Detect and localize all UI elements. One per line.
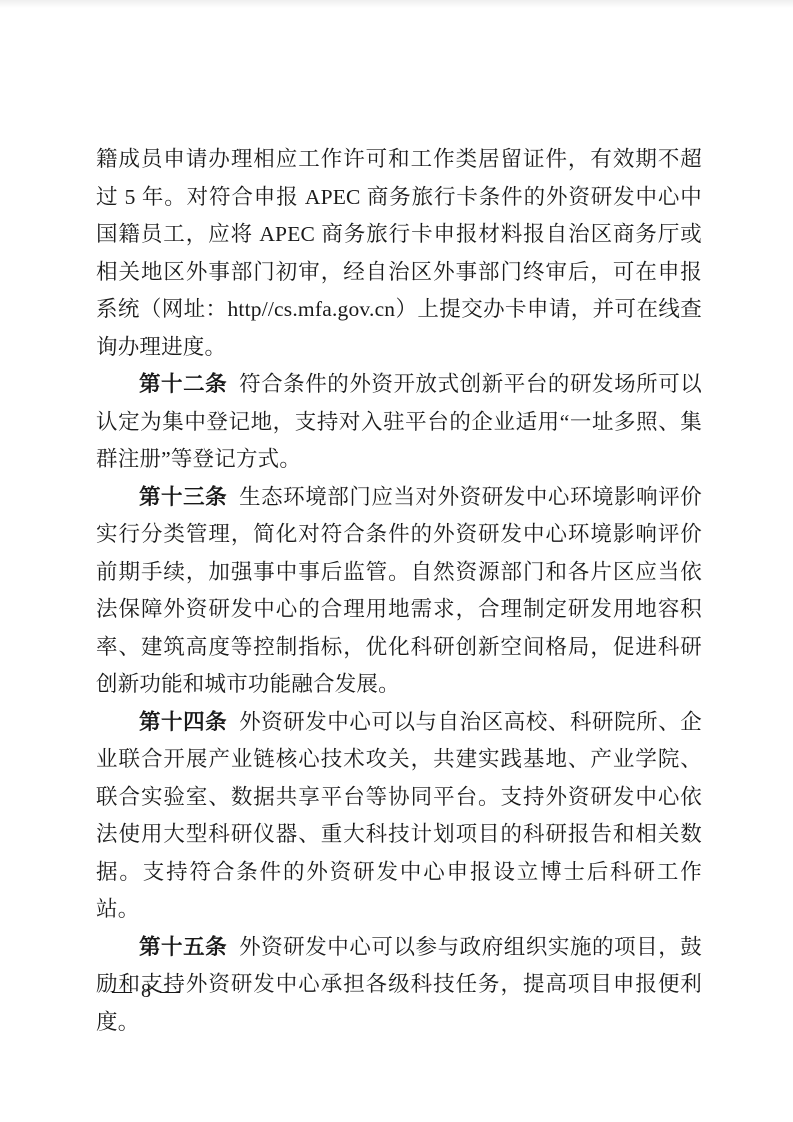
scan-edge-artifact	[0, 0, 793, 8]
paragraph-article-12: 第十二条符合条件的外资开放式创新平台的研发场所可以认定为集中登记地，支持对入驻平…	[96, 366, 702, 479]
paragraph-article-15: 第十五条外资研发中心可以参与政府组织实施的项目，鼓励和支持外资研发中心承担各级科…	[96, 929, 702, 1042]
page-number-label: — 8 —	[112, 980, 182, 1002]
paragraph-article-13: 第十三条生态环境部门应当对外资研发中心环境影响评价实行分类管理，简化对符合条件的…	[96, 479, 702, 704]
paragraph-text: 籍成员申请办理相应工作许可和工作类居留证件，有效期不超过 5 年。对符合申报 A…	[96, 147, 702, 359]
article-13-text: 生态环境部门应当对外资研发中心环境影响评价实行分类管理，简化对符合条件的外资研发…	[96, 485, 702, 697]
paragraph-article-14: 第十四条外资研发中心可以与自治区高校、科研院所、企业联合开展产业链核心技术攻关，…	[96, 704, 702, 929]
article-14-text: 外资研发中心可以与自治区高校、科研院所、企业联合开展产业链核心技术攻关，共建实践…	[96, 710, 702, 922]
article-12-number: 第十二条	[139, 372, 227, 396]
article-14-number: 第十四条	[139, 710, 227, 734]
paragraph-continuation: 籍成员申请办理相应工作许可和工作类居留证件，有效期不超过 5 年。对符合申报 A…	[96, 141, 702, 366]
article-13-number: 第十三条	[139, 485, 227, 509]
document-body: 籍成员申请办理相应工作许可和工作类居留证件，有效期不超过 5 年。对符合申报 A…	[96, 141, 702, 1041]
document-page: 籍成员申请办理相应工作许可和工作类居留证件，有效期不超过 5 年。对符合申报 A…	[0, 0, 793, 1122]
page-number: — 8 —	[112, 980, 182, 1003]
article-15-number: 第十五条	[139, 935, 227, 959]
